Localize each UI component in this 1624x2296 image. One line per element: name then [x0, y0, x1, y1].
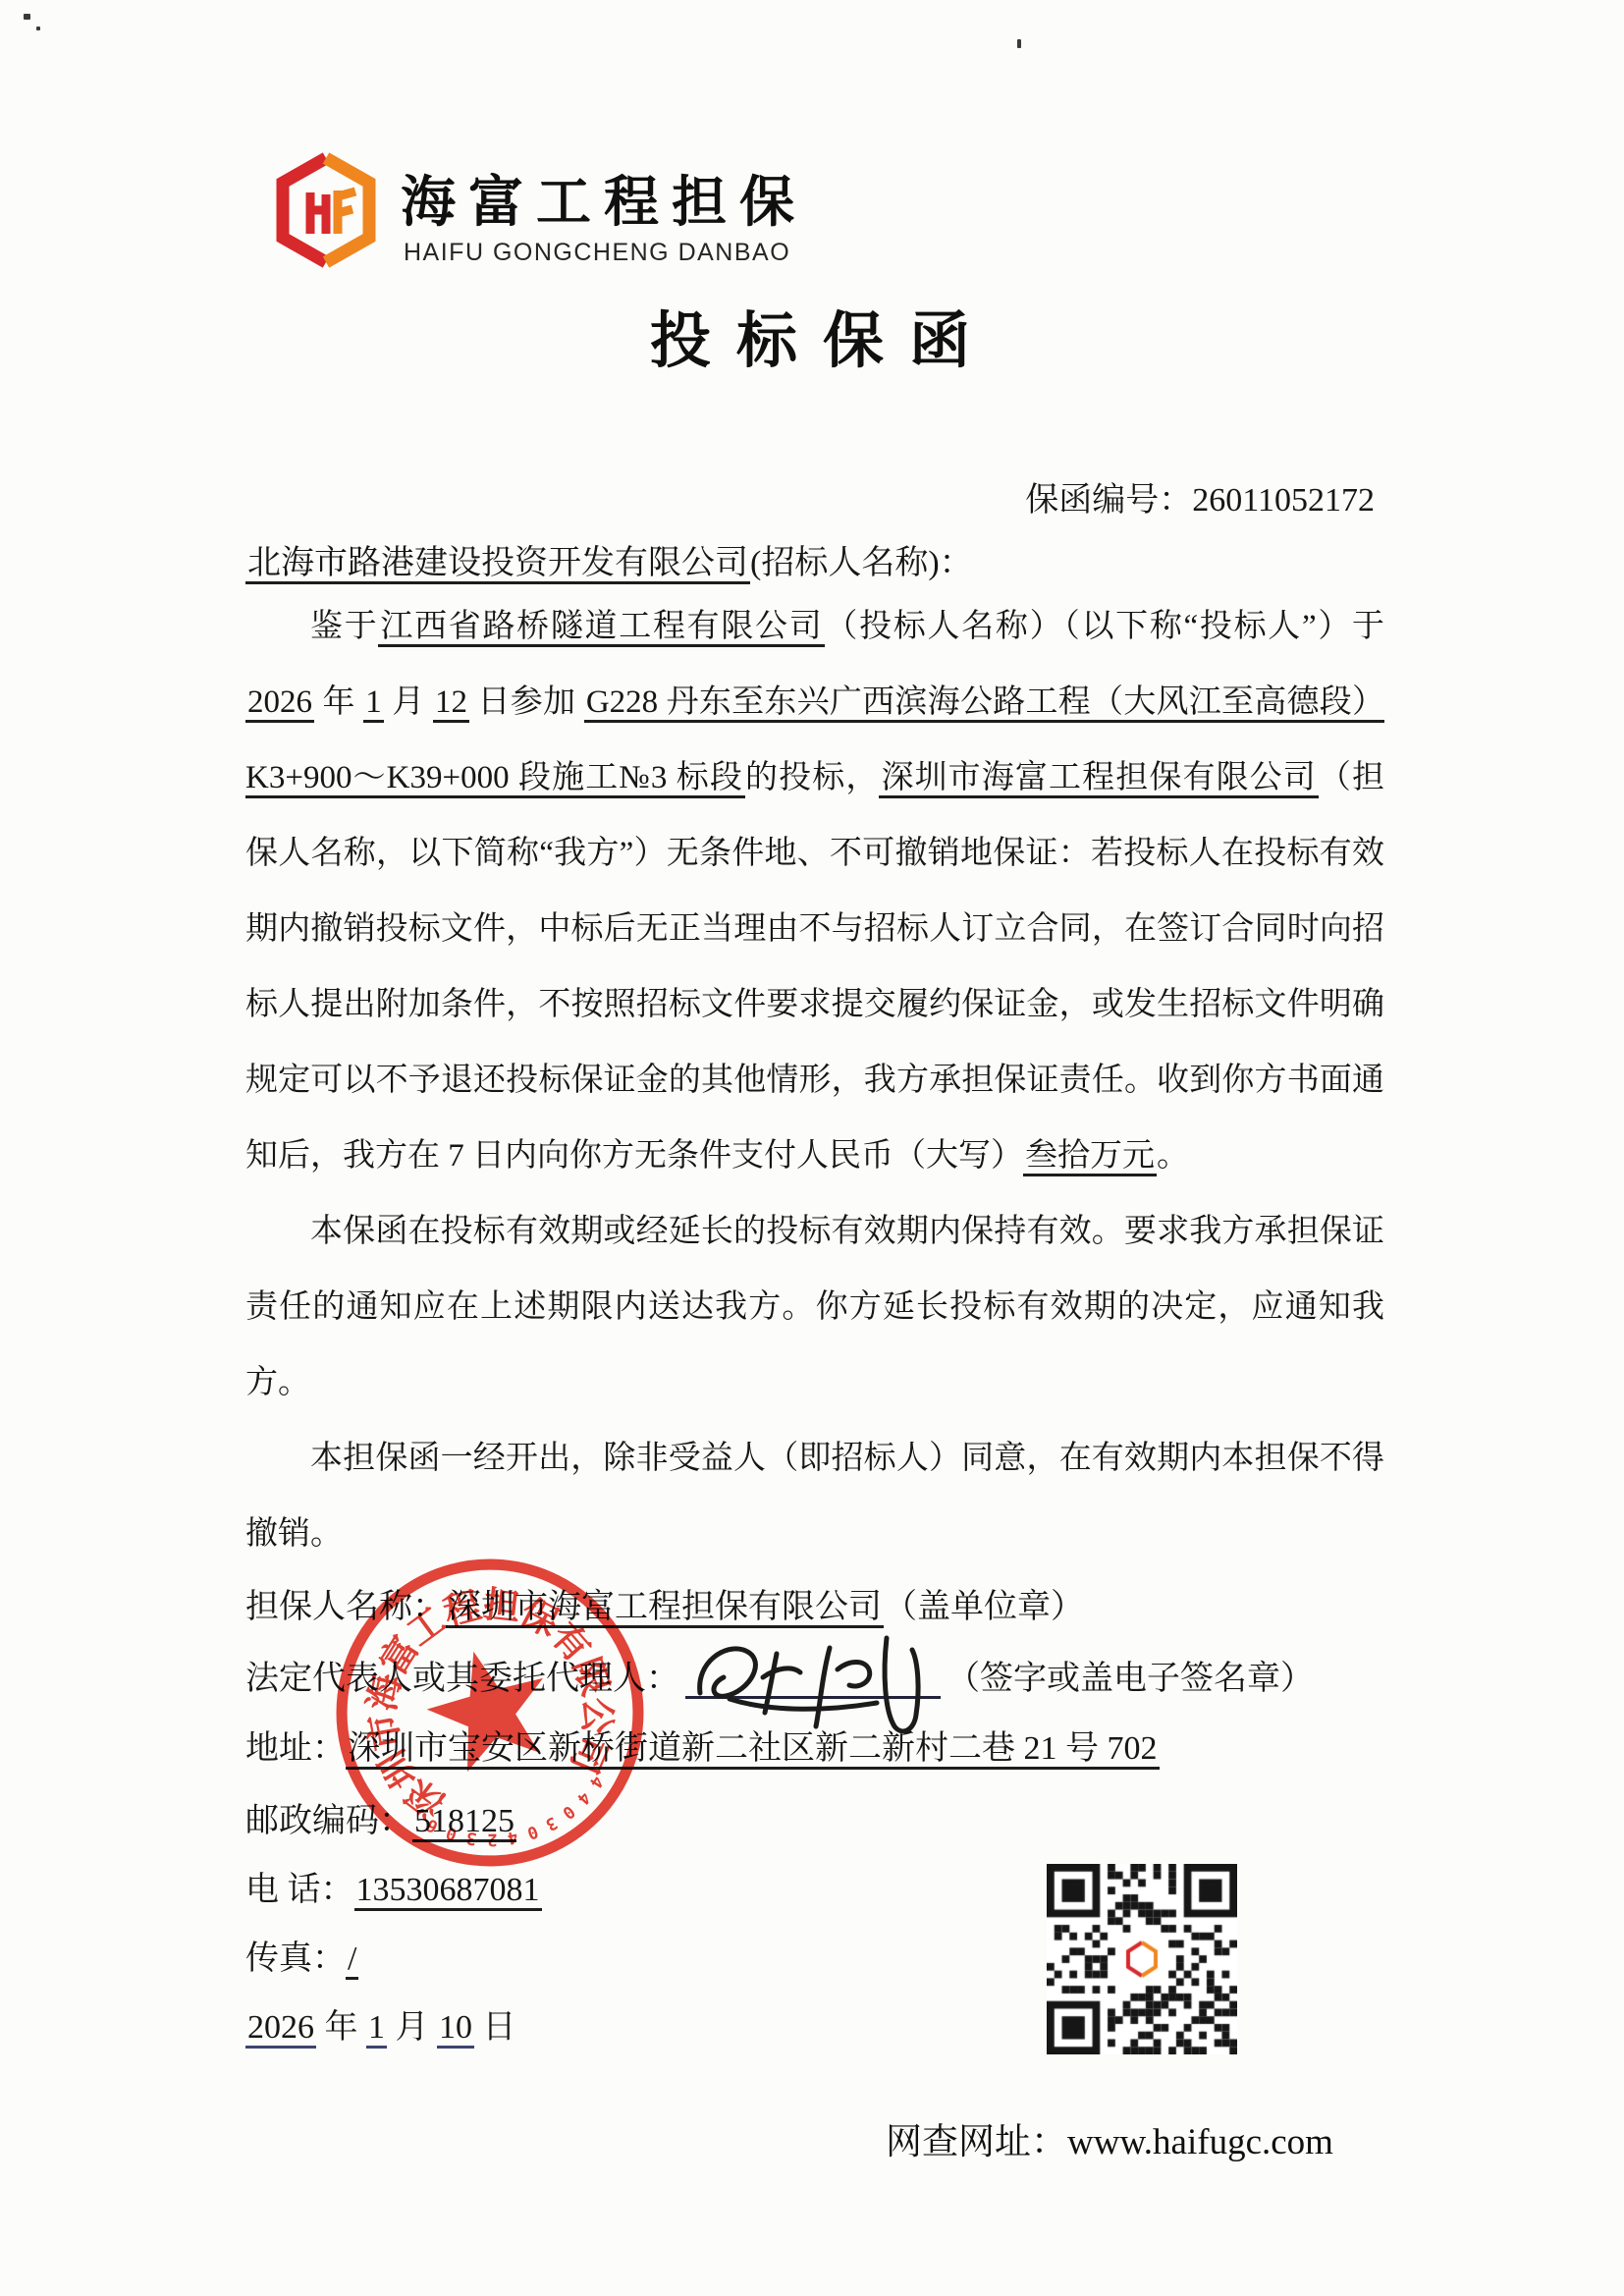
field-label: 传真：: [245, 1941, 346, 1977]
field-suffix: （签字或盖电子签名章）: [947, 1661, 1314, 1697]
field-label: 地址：: [245, 1730, 346, 1767]
body-paragraph: 本担保函一经开出，除非受益人（即招标人）同意，在有效期内本担保不得撤销。: [245, 1421, 1384, 1572]
svg-text:4: 4: [572, 1787, 594, 1808]
svg-text:司: 司: [562, 1729, 614, 1779]
guarantee-number-label: 保函编号：: [1025, 482, 1192, 519]
scanned-bid-guarantee-letter: 海富工程担保 HAIFU GONGCHENG DANBAO 投标保函 保函编号：…: [0, 0, 1624, 2296]
text-run: 的投标，: [745, 760, 879, 795]
scan-artifact: [1017, 39, 1021, 48]
svg-text:公: 公: [575, 1697, 617, 1735]
field-value: /: [346, 1941, 358, 1980]
underlined-value: 2026: [245, 684, 314, 723]
addressee-name: 北海市路港建设投资开发有限公司: [245, 545, 750, 584]
letter-body: 鉴于江西省路桥隧道工程有限公司（投标人名称）（以下称“投标人”）于2026 年 …: [245, 589, 1384, 1572]
scan-artifact: [36, 27, 40, 30]
text-run: 年: [316, 2009, 366, 2046]
guarantee-number-value: 26011052172: [1192, 482, 1375, 519]
text-run: 月: [387, 2009, 437, 2046]
text-run: 日参加: [469, 684, 584, 720]
svg-text:0: 0: [444, 1823, 460, 1844]
brand-name: 海富工程担保: [401, 159, 807, 238]
scan-artifact: [24, 14, 30, 20]
text-run: 日: [474, 2009, 516, 2046]
svg-text:2: 2: [487, 1830, 498, 1849]
field-row-fax: 传真：/: [245, 1931, 358, 1979]
underlined-value: 12: [433, 684, 469, 723]
svg-text:4: 4: [506, 1827, 519, 1848]
text-run: 年: [314, 684, 363, 720]
haifu-hexagon-logo-icon: [273, 151, 379, 269]
field-label: 电 话：: [245, 1872, 354, 1908]
addressee-line: 北海市路港建设投资开发有限公司(招标人名称)：: [245, 535, 973, 583]
guarantee-number-line: 保函编号：26011052172: [245, 472, 1375, 520]
text-run: （担保人名称，以下简称“我方”）无条件地、不可撤销地保证：若投标人在投标有效期内…: [245, 760, 1384, 1174]
underlined-value: 1: [366, 2009, 387, 2049]
svg-text:0: 0: [559, 1801, 578, 1823]
addressee-suffix: (招标人名称)：: [750, 545, 973, 581]
issue-date-line: 2026 年 1 月 10 日: [245, 1999, 516, 2048]
underlined-value: 10: [437, 2009, 474, 2049]
verification-qr-code: [1047, 1864, 1237, 2054]
text-run: 本保函在投标有效期或经延长的投标有效期内保持有效。要求我方承担保证责任的通知应在…: [245, 1214, 1384, 1400]
text-run: 。: [1157, 1138, 1189, 1174]
svg-text:0: 0: [524, 1821, 540, 1842]
company-seal-stamp: 深圳市海富工程担保有限公司4403042306: [332, 1555, 648, 1871]
field-value: 13530687081: [354, 1872, 542, 1911]
verification-url-caption: 网查网址：www.haifugc.com: [864, 2111, 1355, 2164]
underlined-value: 叁拾万元: [1023, 1138, 1157, 1176]
svg-text:4: 4: [585, 1772, 607, 1791]
document-title: 投标保函: [245, 292, 1375, 379]
svg-text:3: 3: [465, 1828, 478, 1848]
body-paragraph: 本保函在投标有效期或经延长的投标有效期内保持有效。要求我方承担保证责任的通知应在…: [245, 1194, 1384, 1421]
svg-text:市: 市: [361, 1710, 408, 1753]
text-run: 鉴于: [310, 609, 378, 644]
body-paragraph: 鉴于江西省路桥隧道工程有限公司（投标人名称）（以下称“投标人”）于2026 年 …: [245, 589, 1384, 1194]
text-run: （投标人名称）（以下称“投标人”）于: [825, 609, 1384, 644]
underlined-value: 2026: [245, 2009, 316, 2049]
svg-text:3: 3: [542, 1812, 561, 1833]
text-run: 月: [384, 684, 433, 720]
underlined-value: 1: [363, 684, 384, 723]
legal-rep-signature: [682, 1616, 962, 1749]
underlined-value: 江西省路桥隧道工程有限公司: [378, 609, 825, 647]
text-run: 本担保函一经开出，除非受益人（即招标人）同意，在有效期内本担保不得撤销。: [245, 1441, 1384, 1552]
brand-subtitle: HAIFU GONGCHENG DANBAO: [404, 239, 790, 267]
underlined-value: 深圳市海富工程担保有限公司: [879, 760, 1318, 798]
